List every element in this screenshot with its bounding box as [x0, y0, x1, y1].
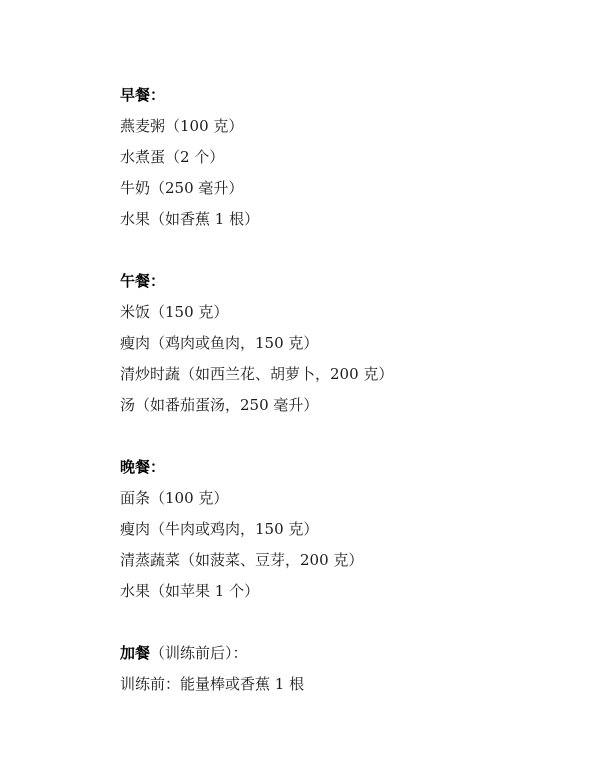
- section-snack: 加餐（训练前后）： 训练前：能量棒或香蕉 1 根: [120, 638, 560, 700]
- list-item: 水果（如香蕉 1 根）: [120, 204, 560, 235]
- list-item: 清炒时蔬（如西兰花、胡萝卜，200 克）: [120, 359, 560, 390]
- list-item: 牛奶（250 毫升）: [120, 173, 560, 204]
- section-heading-snack: 加餐（训练前后）：: [120, 638, 560, 669]
- section-heading-dinner: 晚餐：: [120, 452, 560, 483]
- list-item: 燕麦粥（100 克）: [120, 111, 560, 142]
- section-dinner: 晚餐： 面条（100 克） 瘦肉（牛肉或鸡肉，150 克） 清蒸蔬菜（如菠菜、豆…: [120, 452, 560, 607]
- section-heading-snack-title: 加餐: [120, 644, 150, 662]
- section-breakfast: 早餐： 燕麦粥（100 克） 水煮蛋（2 个） 牛奶（250 毫升） 水果（如香…: [120, 80, 560, 235]
- list-item: 水果（如苹果 1 个）: [120, 576, 560, 607]
- list-item: 米饭（150 克）: [120, 297, 560, 328]
- list-item: 清蒸蔬菜（如菠菜、豆芽，200 克）: [120, 545, 560, 576]
- section-heading-lunch: 午餐：: [120, 266, 560, 297]
- section-heading-breakfast: 早餐：: [120, 80, 560, 111]
- list-item: 瘦肉（牛肉或鸡肉，150 克）: [120, 514, 560, 545]
- list-item: 训练前：能量棒或香蕉 1 根: [120, 669, 560, 700]
- meal-plan-document: 早餐： 燕麦粥（100 克） 水煮蛋（2 个） 牛奶（250 毫升） 水果（如香…: [120, 80, 560, 731]
- section-lunch: 午餐： 米饭（150 克） 瘦肉（鸡肉或鱼肉，150 克） 清炒时蔬（如西兰花、…: [120, 266, 560, 421]
- list-item: 面条（100 克）: [120, 483, 560, 514]
- list-item: 水煮蛋（2 个）: [120, 142, 560, 173]
- list-item: 汤（如番茄蛋汤，250 毫升）: [120, 390, 560, 421]
- section-heading-snack-suffix: （训练前后）：: [150, 644, 248, 662]
- list-item: 瘦肉（鸡肉或鱼肉，150 克）: [120, 328, 560, 359]
